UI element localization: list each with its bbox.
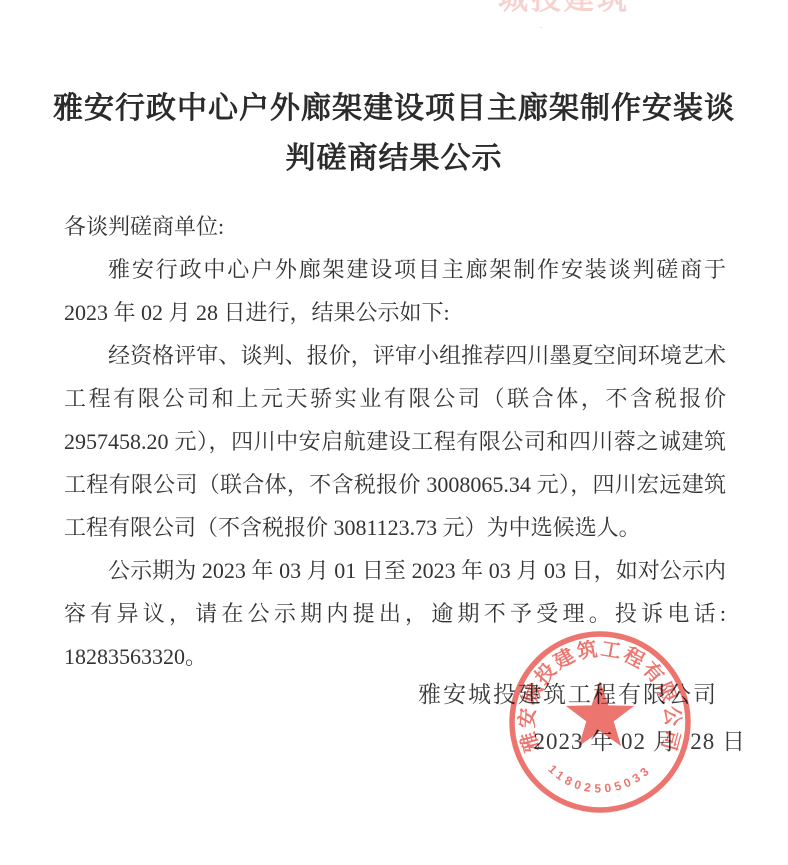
paragraph-announcement: 雅安行政中心户外廊架建设项目主廊架制作安装谈判磋商于 2023 年 02 月 2… [64, 248, 726, 334]
signature-company: 雅安城投建筑工程有限公司 [418, 676, 718, 709]
document-title: 雅安行政中心户外廊架建设项目主廊架制作安装谈 判磋商结果公示 [40, 84, 748, 184]
document-body: 各谈判磋商单位: 雅安行政中心户外廊架建设项目主廊架制作安装谈判磋商于 2023… [64, 205, 726, 678]
document-title-line2: 判磋商结果公示 [40, 134, 748, 184]
paragraph-publicity-period: 公示期为 2023 年 03 月 01 日至 2023 年 03 月 03 日，… [64, 549, 726, 678]
document-title-line1: 雅安行政中心户外廊架建设项目主廊架制作安装谈 [40, 84, 748, 134]
top-seal-fragment: 城投建筑工程 [498, 0, 658, 28]
top-seal-fragment-text: 城投建筑工程 [498, 0, 658, 28]
signature-date: 2023 年 02 月 28 日 [534, 723, 747, 756]
paragraph-result: 经资格评审、谈判、报价，评审小组推荐四川墨夏空间环境艺术工程有限公司和上元天骄实… [64, 334, 726, 549]
salutation: 各谈判磋商单位: [64, 205, 726, 248]
document-page: 城投建筑工程 雅安行政中心户外廊架建设项目主廊架制作安装谈 判磋商结果公示 各谈… [0, 0, 788, 865]
